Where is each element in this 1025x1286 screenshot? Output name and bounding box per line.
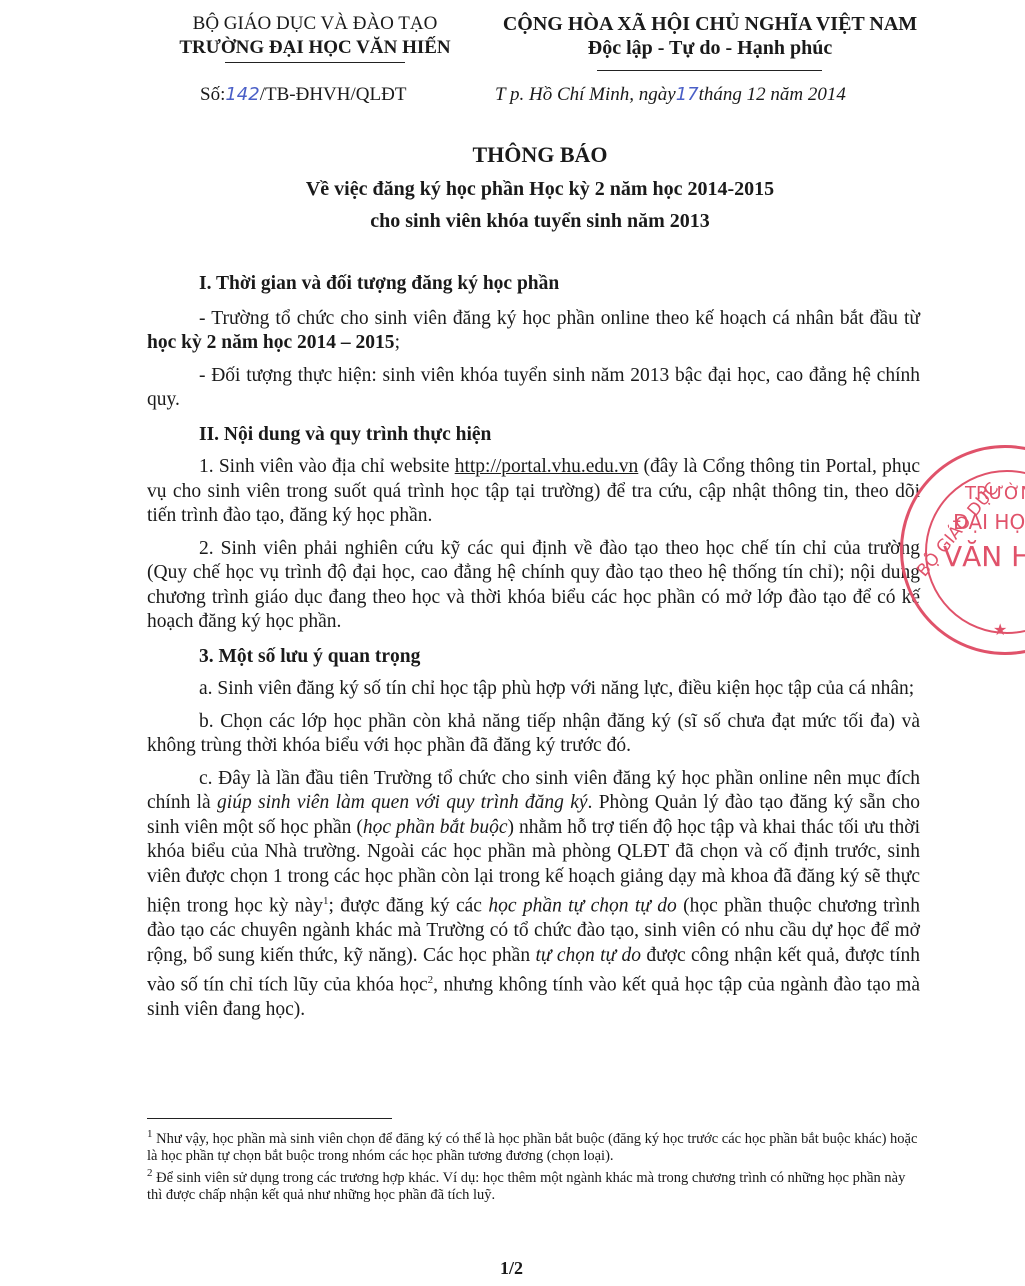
seal-line-3: VĂN HIẾN (943, 540, 1025, 573)
page-number: 1/2 (500, 1258, 523, 1279)
note-c: c. Đây là lần đầu tiên Trường tổ chức ch… (147, 767, 920, 1023)
footnote-separator (147, 1118, 392, 1119)
footnote-2: 2 Để sinh viên sử dụng trong các trương … (147, 1165, 920, 1204)
section-2-paragraph-1: 1. Sinh viên vào địa chỉ website http://… (147, 455, 920, 529)
republic-name: CỘNG HÒA XÃ HỘI CHỦ NGHĨA VIỆT NAM (480, 12, 940, 36)
footnotes: 1 Như vậy, học phần mà sinh viên chọn để… (147, 1126, 920, 1204)
issuing-authority: BỘ GIÁO DỤC VÀ ĐÀO TẠO TRƯỜNG ĐẠI HỌC VĂ… (150, 12, 480, 60)
handwritten-day: 17 (676, 84, 699, 105)
seal-line-2: ĐẠI HỌC (953, 510, 1025, 534)
university-name: TRƯỜNG ĐẠI HỌC VĂN HIẾN (150, 36, 480, 60)
left-header-rule (225, 62, 405, 63)
section-1-paragraph-1: - Trường tổ chức cho sinh viên đăng ký h… (147, 307, 920, 356)
national-header: CỘNG HÒA XÃ HỘI CHỦ NGHĨA VIỆT NAM Độc l… (480, 12, 940, 60)
document-subtitle-1: Về việc đăng ký học phần Học kỳ 2 năm họ… (140, 178, 940, 201)
document-number: Số:142/TB-ĐHVH/QLĐT (200, 84, 406, 106)
note-a: a. Sinh viên đăng ký số tín chỉ học tập … (147, 677, 920, 702)
right-header-rule (597, 70, 822, 71)
handwritten-number: 142 (225, 84, 259, 105)
document-title: THÔNG BÁO (140, 142, 940, 168)
seal-line-1: TRƯỜNG (965, 483, 1025, 504)
section-1-paragraph-2: - Đối tượng thực hiện: sinh viên khóa tu… (147, 364, 920, 413)
section-1-heading: I. Thời gian và đối tượng đăng ký học ph… (147, 272, 920, 297)
ministry-name: BỘ GIÁO DỤC VÀ ĐÀO TẠO (150, 12, 480, 36)
document-date: T p. Hồ Chí Minh, ngày17tháng 12 năm 201… (495, 84, 846, 106)
footnote-1: 1 Như vậy, học phần mà sinh viên chọn để… (147, 1126, 920, 1165)
section-3-heading: 3. Một số lưu ý quan trọng (147, 645, 920, 670)
note-b: b. Chọn các lớp học phần còn khả năng ti… (147, 710, 920, 759)
document-subtitle-2: cho sinh viên khóa tuyển sinh năm 2013 (140, 210, 940, 233)
document-body: I. Thời gian và đối tượng đăng ký học ph… (147, 272, 920, 1023)
national-motto: Độc lập - Tự do - Hạnh phúc (480, 36, 940, 60)
section-2-paragraph-2: 2. Sinh viên phải nghiên cứu kỹ các qui … (147, 537, 920, 635)
seal-star-icon: ★ (993, 620, 1007, 639)
section-2-heading: II. Nội dung và quy trình thực hiện (147, 423, 920, 448)
portal-link[interactable]: http://portal.vhu.edu.vn (455, 456, 639, 477)
